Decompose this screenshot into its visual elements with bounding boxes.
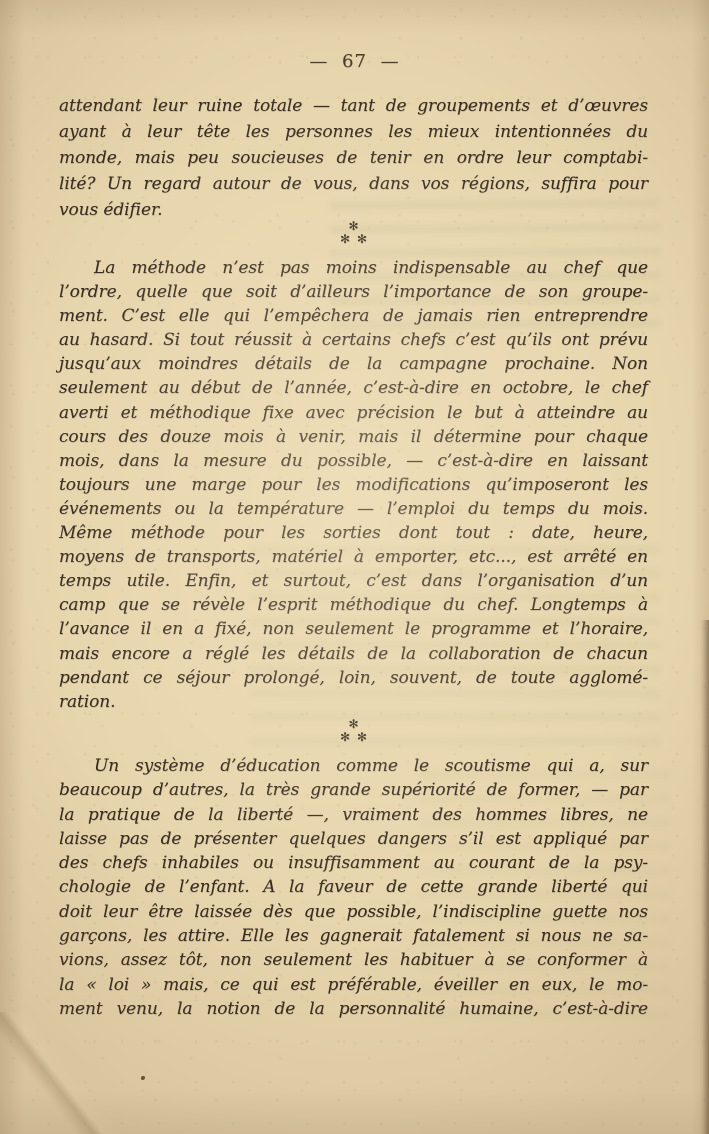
text-line: pendant ce séjour prolongé, loin, souven… [59, 666, 648, 690]
text-line: jusqu’aux moindres détails de la campagn… [59, 352, 648, 376]
text-line: lité? Un regard autour de vous, dans vos… [59, 172, 648, 198]
text-line: garçons, les attire. Elle les gagnerait … [59, 924, 648, 948]
page-edge-shadow [700, 620, 709, 1134]
text-line: attendant leur ruine totale — tant de gr… [59, 94, 648, 120]
text-line: mois, dans la mesure du possible, — c’es… [59, 449, 648, 473]
paragraph-1: attendant leur ruine totale — tant de gr… [59, 94, 648, 224]
text-line: Un système d’éducation comme le scoutism… [59, 754, 648, 778]
text-line: moyens de transports, matériel à emporte… [59, 545, 648, 569]
text-line: au hasard. Si tout réussit à certains ch… [59, 328, 648, 352]
text-line: seulement au début de l’année, c’est-à-d… [59, 376, 648, 400]
text-line: cours des douze mois à venir, mais il dé… [59, 425, 648, 449]
paragraph-2: La méthode n’est pas moins indispensable… [59, 256, 648, 714]
paper-speck [141, 1076, 145, 1080]
text-line: monde, mais peu soucieuses de tenir en o… [59, 146, 648, 172]
text-line: La méthode n’est pas moins indispensable… [59, 256, 648, 280]
text-line: l’ordre, quelle que soit d’ailleurs l’im… [59, 280, 648, 304]
page-number: — 67 — [0, 51, 709, 72]
paragraph-3: Un système d’éducation comme le scoutism… [59, 754, 648, 1021]
text-line: camp que se révèle l’esprit méthodique d… [59, 593, 648, 617]
text-line: laisse pas de présenter quelques dangers… [59, 827, 648, 851]
text-line: ment. C’est elle qui l’empêchera de jama… [59, 304, 648, 328]
text-line: temps utile. Enfin, et surtout, c’est da… [59, 569, 648, 593]
text-line: beaucoup d’autres, la très grande supéri… [59, 778, 648, 802]
book-page: — 67 — attendant leur ruine totale — tan… [0, 0, 709, 1134]
text-line: Même méthode pour les sorties dont tout … [59, 521, 648, 545]
text-line: des chefs inhabiles ou insuffisamment au… [59, 851, 648, 875]
text-line: vions, assez tôt, non seulement les habi… [59, 948, 648, 972]
text-line: toujours une marge pour les modification… [59, 473, 648, 497]
text-line: ment venu, la notion de la personnalité … [59, 997, 648, 1021]
asterism-bottom: ✻ ✻ [59, 233, 648, 246]
text-line: doit leur être laissée dès que possible,… [59, 900, 648, 924]
text-line: l’avance il en a fixé, non seulement le … [59, 617, 648, 641]
asterism-bottom: ✻ ✻ [59, 731, 648, 744]
text-line: la « loi » mais, ce qui est préférable, … [59, 973, 648, 997]
asterism-separator-1: ✻ ✻ ✻ [59, 220, 648, 246]
text-line: ayant à leur tête les personnes les mieu… [59, 120, 648, 146]
text-line: chologie de l’enfant. A la faveur de cet… [59, 875, 648, 899]
paper-crease [0, 1012, 132, 1134]
text-line: mais encore a réglé les détails de la co… [59, 642, 648, 666]
text-line: événements ou la température — l’emploi … [59, 497, 648, 521]
text-line: la pratique de la liberté —, vraiment de… [59, 803, 648, 827]
asterism-separator-2: ✻ ✻ ✻ [59, 718, 648, 744]
text-line: ration. [59, 690, 648, 714]
text-line: averti et méthodique fixe avec précision… [59, 401, 648, 425]
